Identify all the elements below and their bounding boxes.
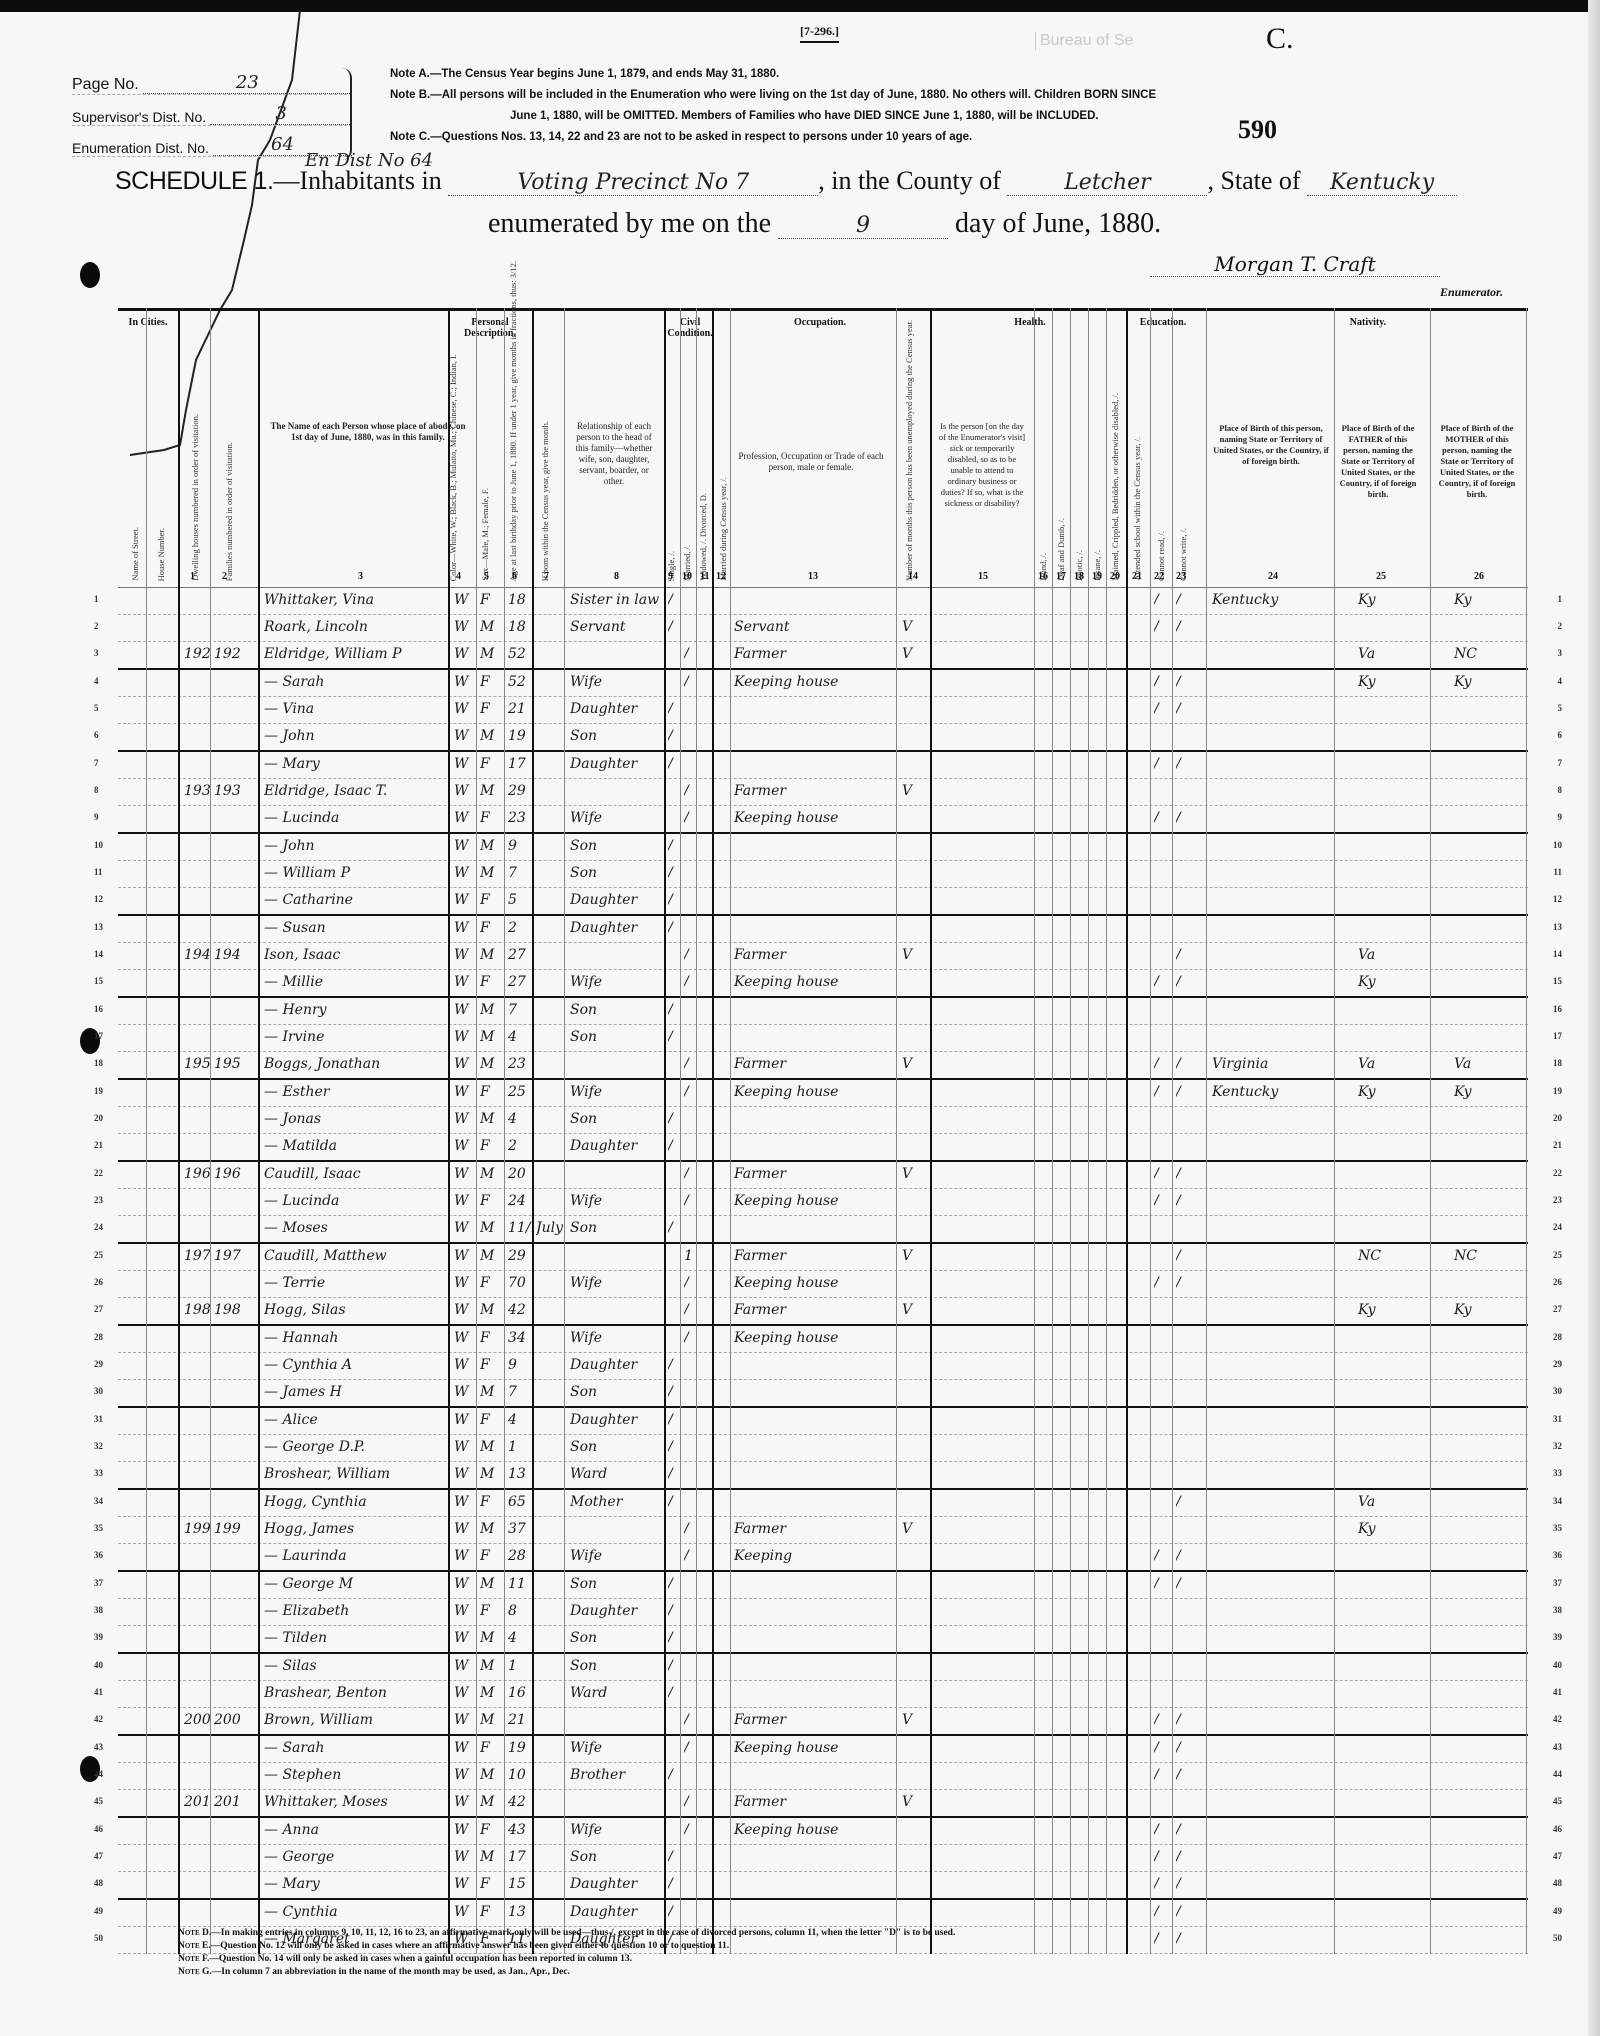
column-rule: [1070, 308, 1071, 1954]
table-row: 2929— Cynthia AWF9Daughter/: [118, 1353, 1528, 1380]
col-12: Married during Census year, /.: [718, 477, 728, 581]
age: 27: [508, 947, 532, 963]
occupation: Keeping house: [734, 1330, 894, 1346]
color: W: [454, 592, 474, 608]
table-row: 1616— HenryWM7Son/: [118, 998, 1528, 1025]
table-row: 4646— AnnaWF43Wife/Keeping house//: [118, 1818, 1528, 1845]
person-name: — Silas: [264, 1658, 446, 1674]
color: W: [454, 1576, 474, 1592]
col-number: 15: [978, 571, 988, 582]
sex: F: [480, 1193, 502, 1209]
sex: F: [480, 674, 502, 690]
cannot-read-mark: /: [1154, 1056, 1170, 1072]
line-number-left: 38: [94, 1605, 103, 1615]
col-number: 5: [484, 571, 489, 582]
column-rule: [448, 308, 450, 1954]
cannot-read-mark: /: [1154, 1740, 1170, 1756]
married-mark: /: [684, 1548, 696, 1564]
footer-notes: Note D.—In making entries in columns 9, …: [178, 1927, 955, 1979]
age: 29: [508, 783, 532, 799]
column-rule: [1126, 308, 1128, 1954]
unemployed-mark: V: [902, 1166, 926, 1182]
person-name: — Cynthia A: [264, 1357, 446, 1373]
person-name: — Mary: [264, 1876, 446, 1892]
family-number: 196: [214, 1166, 254, 1182]
line-number-right: 45: [1553, 1796, 1562, 1806]
cannot-write-mark: /: [1176, 1931, 1202, 1947]
enumerator-label: Enumerator.: [1440, 285, 1503, 300]
relationship: Wife: [570, 1193, 662, 1209]
color: W: [454, 1603, 474, 1619]
line-number-left: 44: [94, 1769, 103, 1779]
cannot-write-mark: /: [1176, 1275, 1202, 1291]
column-rule: [730, 308, 731, 1954]
cannot-write-mark: /: [1176, 592, 1202, 608]
color: W: [454, 1384, 474, 1400]
cannot-read-mark: /: [1154, 1904, 1170, 1920]
color: W: [454, 1904, 474, 1920]
cannot-write-mark: /: [1176, 1904, 1202, 1920]
col-11: Widowed, /. Divorced, D.: [698, 493, 708, 581]
sex: F: [480, 1138, 502, 1154]
age: 19: [508, 728, 532, 744]
page-no-value: 23: [143, 72, 352, 94]
mother-birthplace: Ky: [1454, 1084, 1524, 1100]
father-birthplace: Va: [1358, 1056, 1428, 1072]
relationship: Daughter: [570, 756, 662, 772]
single-mark: /: [668, 1767, 680, 1783]
line-number-left: 10: [94, 840, 103, 850]
line-number-right: 43: [1553, 1742, 1562, 1752]
color: W: [454, 783, 474, 799]
color: W: [454, 1494, 474, 1510]
birthplace: Kentucky: [1212, 1084, 1332, 1100]
relationship: Wife: [570, 674, 662, 690]
single-mark: /: [668, 1630, 680, 1646]
cannot-read-mark: /: [1154, 1275, 1170, 1291]
scan-border-right: [1588, 0, 1600, 2036]
page-no-label: Page No.: [72, 76, 139, 94]
dwelling-number: 193: [184, 783, 212, 799]
cannot-write-mark: /: [1176, 701, 1202, 717]
color: W: [454, 892, 474, 908]
column-rule: [1430, 308, 1431, 1954]
single-mark: /: [668, 756, 680, 772]
age: 25: [508, 1084, 532, 1100]
line-number-left: 25: [94, 1250, 103, 1260]
age: 1: [508, 1658, 532, 1674]
occupation: Farmer: [734, 947, 894, 963]
unemployed-mark: V: [902, 947, 926, 963]
father-birthplace: Ky: [1358, 1521, 1428, 1537]
col-number: 6: [512, 571, 517, 582]
occupation: Farmer: [734, 1248, 894, 1264]
line-number-right: 2: [1558, 621, 1563, 631]
dwelling-number: 199: [184, 1521, 212, 1537]
single-mark: /: [668, 1357, 680, 1373]
color: W: [454, 1876, 474, 1892]
relationship: Son: [570, 865, 662, 881]
color: W: [454, 1248, 474, 1264]
line-number-right: 21: [1553, 1140, 1562, 1150]
note-f: Note F.—Question No. 14 will only be ask…: [178, 1953, 955, 1966]
line-number-right: 18: [1553, 1058, 1562, 1068]
single-mark: /: [668, 619, 680, 635]
line-number-right: 17: [1553, 1031, 1562, 1041]
cannot-read-mark: /: [1154, 592, 1170, 608]
line-number-left: 36: [94, 1550, 103, 1560]
table-row: 3838— ElizabethWF8Daughter/: [118, 1599, 1528, 1626]
line-number-right: 16: [1553, 1004, 1562, 1014]
enum-day: 9: [778, 213, 948, 239]
line-number-right: 48: [1553, 1878, 1562, 1888]
col-number: 3: [358, 571, 363, 582]
age: 18: [508, 619, 532, 635]
table-row: 1313— SusanWF2Daughter/: [118, 916, 1528, 943]
cannot-write-mark: /: [1176, 1712, 1202, 1728]
color: W: [454, 701, 474, 717]
sex: F: [480, 920, 502, 936]
person-name: Hogg, Silas: [264, 1302, 446, 1318]
col-20: Maimed, Crippled, Bedridden, or otherwis…: [1110, 393, 1120, 581]
line-number-left: 7: [94, 758, 99, 768]
line-number-right: 1: [1558, 594, 1563, 604]
age: 4: [508, 1630, 532, 1646]
sex: F: [480, 1904, 502, 1920]
cannot-write-mark: /: [1176, 1849, 1202, 1865]
line-number-right: 44: [1553, 1769, 1562, 1779]
father-birthplace: Ky: [1358, 1302, 1428, 1318]
line-number-left: 12: [94, 894, 103, 904]
line-number-left: 37: [94, 1578, 103, 1588]
sex: M: [480, 619, 502, 635]
age: 13: [508, 1904, 532, 1920]
sex: M: [480, 1029, 502, 1045]
age: 20: [508, 1166, 532, 1182]
table-row: 1515— MillieWF27Wife/Keeping house//Ky: [118, 970, 1528, 998]
table-row: 3030— James HWM7Son/: [118, 1380, 1528, 1408]
age: 34: [508, 1330, 532, 1346]
single-mark: /: [668, 728, 680, 744]
col-number: 21: [1132, 571, 1142, 582]
column-rule: [712, 308, 714, 1954]
family-number: 201: [214, 1794, 254, 1810]
unemployed-mark: V: [902, 1712, 926, 1728]
color: W: [454, 1521, 474, 1537]
line-number-right: 49: [1553, 1906, 1562, 1916]
color: W: [454, 1740, 474, 1756]
color: W: [454, 1166, 474, 1182]
color: W: [454, 1822, 474, 1838]
married-mark: /: [684, 1166, 696, 1182]
line-number-left: 42: [94, 1714, 103, 1724]
dwelling-number: 194: [184, 947, 212, 963]
table-row: 2626— TerrieWF70Wife/Keeping house//: [118, 1271, 1528, 1298]
cannot-read-mark: /: [1154, 1822, 1170, 1838]
line-number-right: 39: [1553, 1632, 1562, 1642]
supervisor-value: 3: [210, 103, 352, 125]
note-b-cont: June 1, 1880, will be OMITTED. Members o…: [390, 106, 1156, 127]
person-name: Roark, Lincoln: [264, 619, 446, 635]
color: W: [454, 974, 474, 990]
age: 4: [508, 1111, 532, 1127]
age: 65: [508, 1494, 532, 1510]
occupation: Keeping house: [734, 1740, 894, 1756]
sex: M: [480, 1302, 502, 1318]
line-number-right: 35: [1553, 1523, 1562, 1533]
person-name: Eldridge, William P: [264, 646, 446, 662]
cannot-write-mark: /: [1176, 1056, 1202, 1072]
occupation: Farmer: [734, 1302, 894, 1318]
line-number-left: 18: [94, 1058, 103, 1068]
sex: F: [480, 1084, 502, 1100]
line-number-left: 24: [94, 1222, 103, 1232]
single-mark: /: [668, 1849, 680, 1865]
family-number: 198: [214, 1302, 254, 1318]
sex: F: [480, 1822, 502, 1838]
sex: F: [480, 1275, 502, 1291]
col-21: Attended school within the Census year, …: [1132, 437, 1142, 581]
person-name: — Cynthia: [264, 1904, 446, 1920]
table-row: 2323— LucindaWF24Wife/Keeping house//: [118, 1189, 1528, 1216]
line-number-right: 7: [1558, 758, 1563, 768]
relationship: Son: [570, 1111, 662, 1127]
cannot-write-mark: /: [1176, 756, 1202, 772]
line-number-left: 21: [94, 1140, 103, 1150]
cannot-write-mark: /: [1176, 1193, 1202, 1209]
line-number-left: 31: [94, 1414, 103, 1424]
brace: [340, 68, 352, 160]
cannot-write-mark: /: [1176, 1166, 1202, 1182]
sex: F: [480, 1412, 502, 1428]
page-stamp-number: 590: [1238, 115, 1277, 145]
col-number: 23: [1176, 571, 1186, 582]
line-number-right: 22: [1553, 1168, 1562, 1178]
cannot-write-mark: /: [1176, 1740, 1202, 1756]
cannot-write-mark: /: [1176, 674, 1202, 690]
sex: F: [480, 1357, 502, 1373]
age: 19: [508, 1740, 532, 1756]
table-row: 2525197197Caudill, MatthewWM291FarmerV/N…: [118, 1244, 1528, 1271]
sex: M: [480, 1439, 502, 1455]
table-row: 2121— MatildaWF2Daughter/: [118, 1134, 1528, 1162]
table-row: 4242200200Brown, WilliamWM21/FarmerV//: [118, 1708, 1528, 1736]
sex: M: [480, 1002, 502, 1018]
mother-birthplace: Ky: [1454, 592, 1524, 608]
sex: M: [480, 1166, 502, 1182]
line-number-right: 25: [1553, 1250, 1562, 1260]
cannot-write-mark: /: [1176, 1248, 1202, 1264]
line-number-right: 23: [1553, 1195, 1562, 1205]
color: W: [454, 1658, 474, 1674]
col-number: 19: [1092, 571, 1102, 582]
table-row: 44— SarahWF52Wife/Keeping house//KyKy: [118, 670, 1528, 697]
line-number-right: 11: [1553, 867, 1562, 877]
sex: M: [480, 1384, 502, 1400]
unemployed-mark: V: [902, 1521, 926, 1537]
col-number: 16: [1038, 571, 1048, 582]
father-birthplace: Va: [1358, 947, 1428, 963]
col-number: 4: [456, 571, 461, 582]
line-number-left: 40: [94, 1660, 103, 1670]
color: W: [454, 674, 474, 690]
column-rule: [1150, 308, 1151, 1954]
col-26: Place of Birth of the MOTHER of this per…: [1434, 423, 1520, 500]
county-text: , in the County of: [818, 166, 1001, 196]
relationship: Wife: [570, 1330, 662, 1346]
person-name: — Mary: [264, 756, 446, 772]
single-mark: /: [668, 1685, 680, 1701]
cannot-read-mark: /: [1154, 1767, 1170, 1783]
table-row: 2222196196Caudill, IsaacWM20/FarmerV//: [118, 1162, 1528, 1189]
column-rule: [532, 308, 534, 1954]
line-number-right: 9: [1558, 812, 1563, 822]
age: 11/12: [508, 1220, 532, 1236]
column-rule: [1526, 308, 1527, 1954]
group-personal: Personal Description.: [448, 317, 532, 339]
person-name: Broshear, William: [264, 1466, 446, 1482]
single-mark: /: [668, 1576, 680, 1592]
age: 7: [508, 1002, 532, 1018]
occupation: Keeping house: [734, 810, 894, 826]
single-mark: /: [668, 1220, 680, 1236]
col-number: 10: [682, 571, 692, 582]
sex: F: [480, 1548, 502, 1564]
line-number-right: 5: [1558, 703, 1563, 713]
sex: M: [480, 947, 502, 963]
line-number-left: 16: [94, 1004, 103, 1014]
line-number-left: 28: [94, 1332, 103, 1342]
single-mark: /: [668, 1904, 680, 1920]
sex: M: [480, 1767, 502, 1783]
line-number-left: 1: [94, 594, 99, 604]
person-name: — Terrie: [264, 1275, 446, 1291]
age: 37: [508, 1521, 532, 1537]
cannot-read-mark: /: [1154, 674, 1170, 690]
table-row: 2020— JonasWM4Son/: [118, 1107, 1528, 1134]
line-number-left: 6: [94, 730, 99, 740]
line-number-right: 13: [1553, 922, 1562, 932]
person-name: Brown, William: [264, 1712, 446, 1728]
col-24: Place of Birth of this person, naming St…: [1212, 423, 1330, 467]
table-body: 11Whittaker, VinaWF18Sister in law///Ken…: [118, 588, 1528, 1954]
column-rule: [680, 308, 681, 1954]
occupation: Keeping house: [734, 674, 894, 690]
single-mark: /: [668, 1002, 680, 1018]
person-name: — Susan: [264, 920, 446, 936]
col-15: Is the person [on the day of the Enumera…: [938, 421, 1026, 509]
note-b: Note B.—All persons will be included in …: [390, 85, 1156, 106]
color: W: [454, 728, 474, 744]
line-number-left: 9: [94, 812, 99, 822]
group-education: Education.: [1128, 317, 1198, 328]
married-mark: /: [684, 674, 696, 690]
color: W: [454, 1002, 474, 1018]
married-mark: /: [684, 783, 696, 799]
color: W: [454, 865, 474, 881]
table-row: 2828— HannahWF34Wife/Keeping house: [118, 1326, 1528, 1353]
relationship: Son: [570, 1658, 662, 1674]
line-number-right: 37: [1553, 1578, 1562, 1588]
column-rule: [696, 308, 697, 1954]
relationship: Son: [570, 1029, 662, 1045]
family-number: 194: [214, 947, 254, 963]
table-row: 4141Brashear, BentonWM16Ward/: [118, 1681, 1528, 1708]
sex: M: [480, 865, 502, 881]
married-mark: /: [684, 1275, 696, 1291]
table-row: 1010— JohnWM9Son/: [118, 834, 1528, 861]
married-mark: /: [684, 947, 696, 963]
line-number-right: 46: [1553, 1824, 1562, 1834]
color: W: [454, 1685, 474, 1701]
relationship: Daughter: [570, 920, 662, 936]
note-c: Note C.—Questions Nos. 13, 14, 22 and 23…: [390, 127, 1156, 148]
table-row: 2424— MosesWM11/12JulySon/: [118, 1216, 1528, 1244]
person-name: Brashear, Benton: [264, 1685, 446, 1701]
color: W: [454, 1439, 474, 1455]
relationship: Daughter: [570, 1412, 662, 1428]
cannot-write-mark: /: [1176, 1822, 1202, 1838]
color: W: [454, 1712, 474, 1728]
age: 52: [508, 674, 532, 690]
sex: M: [480, 838, 502, 854]
occupation: Keeping: [734, 1548, 894, 1564]
line-number-left: 30: [94, 1386, 103, 1396]
age: 23: [508, 1056, 532, 1072]
cannot-read-mark: /: [1154, 756, 1170, 772]
sex: F: [480, 1740, 502, 1756]
cannot-read-mark: /: [1154, 619, 1170, 635]
line-number-left: 2: [94, 621, 99, 631]
relationship: Son: [570, 1576, 662, 1592]
person-name: — Laurinda: [264, 1548, 446, 1564]
single-mark: /: [668, 865, 680, 881]
sex: M: [480, 1248, 502, 1264]
person-name: — Henry: [264, 1002, 446, 1018]
table-row: 1818195195Boggs, JonathanWM23/FarmerV//V…: [118, 1052, 1528, 1080]
note-g: Note G.—In column 7 an abbreviation in t…: [178, 1966, 955, 1979]
person-name: Caudill, Matthew: [264, 1248, 446, 1264]
line-number-left: 49: [94, 1906, 103, 1916]
relationship: Son: [570, 838, 662, 854]
single-mark: /: [668, 1384, 680, 1400]
married-mark: /: [684, 810, 696, 826]
cannot-read-mark: /: [1154, 1166, 1170, 1182]
color: W: [454, 1138, 474, 1154]
father-birthplace: Ky: [1358, 1084, 1428, 1100]
cannot-read-mark: /: [1154, 1931, 1170, 1947]
age: 9: [508, 1357, 532, 1373]
line-number-right: 41: [1553, 1687, 1562, 1697]
cannot-write-mark: /: [1176, 947, 1202, 963]
table-row: 55— VinaWF21Daughter///: [118, 697, 1528, 724]
age: 28: [508, 1548, 532, 1564]
married-mark: /: [684, 1084, 696, 1100]
sex: M: [480, 1466, 502, 1482]
family-number: 197: [214, 1248, 254, 1264]
table-row: 33192192Eldridge, William PWM52/FarmerVV…: [118, 642, 1528, 670]
age: 21: [508, 701, 532, 717]
sex: F: [480, 1876, 502, 1892]
color: W: [454, 1302, 474, 1318]
sex: F: [480, 1330, 502, 1346]
column-rule: [1106, 308, 1107, 1954]
column-rule: [1052, 308, 1053, 1954]
father-birthplace: NC: [1358, 1248, 1428, 1264]
color: W: [454, 1220, 474, 1236]
unemployed-mark: V: [902, 783, 926, 799]
mother-birthplace: NC: [1454, 646, 1524, 662]
